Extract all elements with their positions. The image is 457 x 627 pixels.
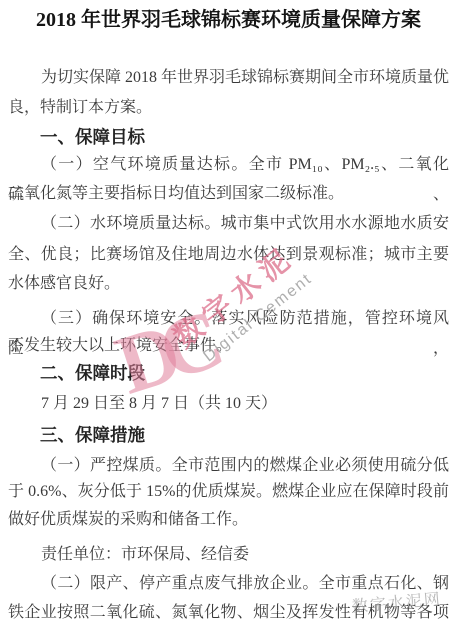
air-quality-line-1: （一）空气环境质量达标。全市 PM₁₀、PM₂.₅、二氧化硫、 [8, 150, 449, 180]
air-quality-line-2: 二氧化氮等主要指标日均值达到国家二级标准。 [8, 179, 449, 209]
section-heading-period: 二、保障时段 [40, 358, 145, 388]
intro-line-2: 良，特制订本方案。 [8, 93, 449, 123]
period-line: 7 月 29 日至 8 月 7 日（共 10 天） [8, 389, 449, 419]
env-safety-line-1: （三）确保环境安全。落实风险防范措施，管控环境风险， [8, 304, 449, 334]
document-page: 2018 年世界羽毛球锦标赛环境质量保障方案 为切实保障 2018 年世界羽毛球… [0, 0, 457, 627]
section-heading-goals: 一、保障目标 [40, 122, 145, 152]
production-limit-line-1: （二）限产、停产重点废气排放企业。全市重点石化、钢 [8, 569, 449, 599]
env-safety-line-2: 不发生较大以上环境安全事件。 [8, 331, 449, 361]
coal-control-line-3: 做好优质煤炭的采购和储备工作。 [8, 505, 449, 535]
responsibility-line: 责任单位：市环保局、经信委 [8, 540, 449, 570]
coal-control-line-2: 于 0.6%、灰分低于 15%的优质煤炭。燃煤企业应在保障时段前 [8, 477, 449, 507]
intro-line-1: 为切实保障 2018 年世界羽毛球锦标赛期间全市环境质量优 [8, 63, 449, 93]
page-title: 2018 年世界羽毛球锦标赛环境质量保障方案 [0, 5, 457, 35]
water-quality-line-1: （二）水环境质量达标。城市集中式饮用水水源地水质安 [8, 209, 449, 239]
section-heading-measures: 三、保障措施 [40, 420, 145, 450]
production-limit-line-2: 铁企业按照二氧化硫、氮氧化物、烟尘及挥发性有机物等各项 [8, 598, 449, 627]
water-quality-line-2: 全、优良；比赛场馆及住地周边水体达到景观标准；城市主要 [8, 240, 449, 270]
water-quality-line-3: 水体感官良好。 [8, 269, 449, 299]
